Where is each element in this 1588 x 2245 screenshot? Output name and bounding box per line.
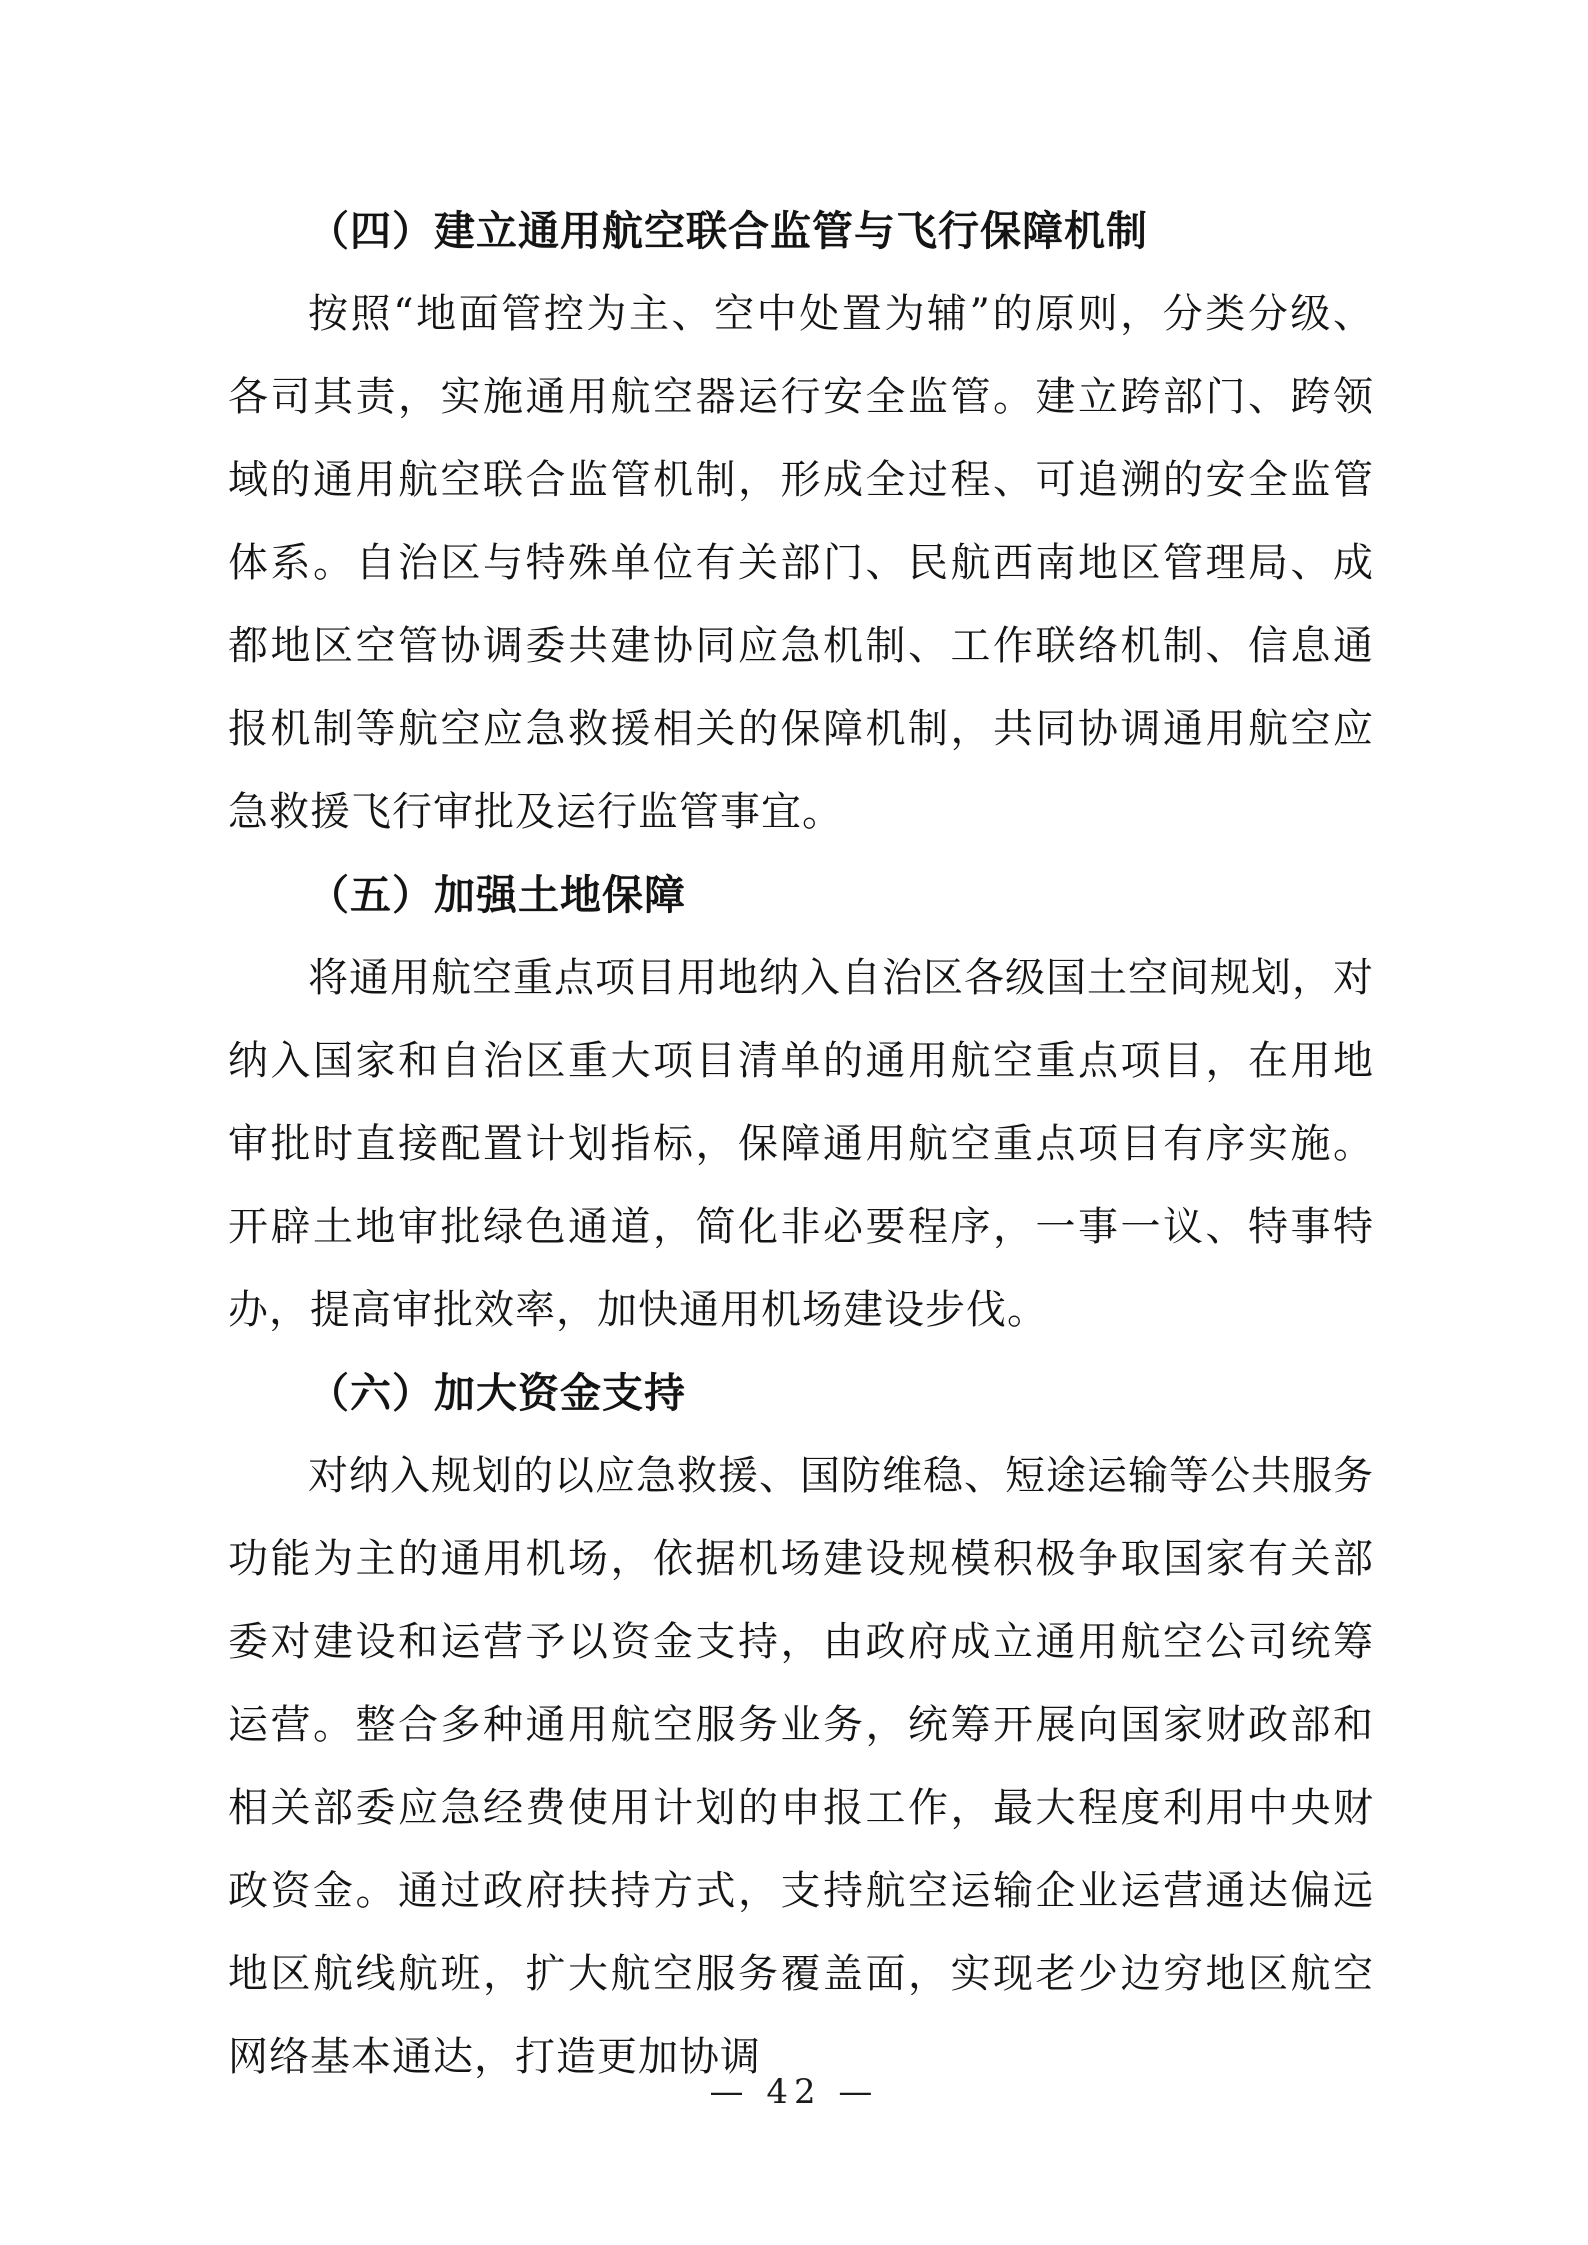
document-page: （四）建立通用航空联合监管与飞行保障机制 按照“地面管控为主、空中处置为辅”的原… — [0, 0, 1588, 2245]
document-content: （四）建立通用航空联合监管与飞行保障机制 按照“地面管控为主、空中处置为辅”的原… — [228, 190, 1374, 2099]
section-heading-4: （四）建立通用航空联合监管与飞行保障机制 — [228, 190, 1374, 273]
section-heading-5: （五）加强土地保障 — [228, 854, 1374, 937]
section-body-4: 按照“地面管控为主、空中处置为辅”的原则，分类分级、各司其责，实施通用航空器运行… — [228, 273, 1374, 854]
section-heading-6: （六）加大资金支持 — [228, 1352, 1374, 1435]
section-body-5: 将通用航空重点项目用地纳入自治区各级国土空间规划，对纳入国家和自治区重大项目清单… — [228, 937, 1374, 1352]
section-body-6: 对纳入规划的以应急救援、国防维稳、短途运输等公共服务功能为主的通用机场，依据机场… — [228, 1435, 1374, 2099]
page-number: — 42 — — [0, 2062, 1588, 2122]
